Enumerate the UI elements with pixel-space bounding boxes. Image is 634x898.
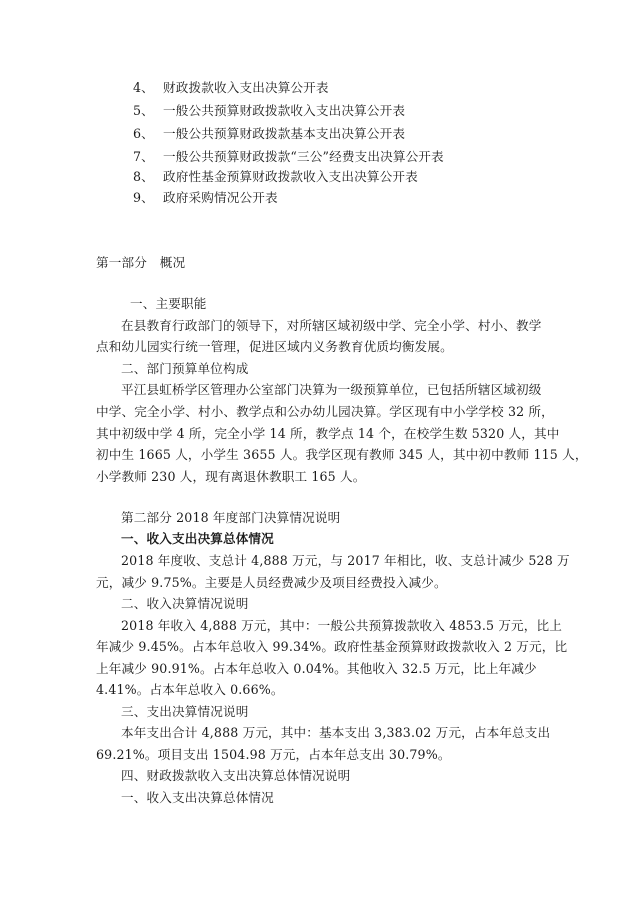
section-heading: 四、财政拨款收入支出决算总体情况说明 [121, 768, 350, 784]
toc-item-text[interactable]: 一般公共预算财政拨款“三公”经费支出决算公开表 [163, 149, 444, 165]
section-heading: 三、支出决算情况说明 [121, 704, 248, 720]
paragraph-line: 2018 年收入 4,888 万元，其中：一般公共预算拨款收入 4853.5 万… [121, 618, 562, 634]
toc-number: 5、 [133, 103, 154, 119]
toc-number: 8、 [133, 169, 154, 185]
toc-number: 9、 [133, 190, 154, 206]
section-heading-bold: 一、收入支出决算总体情况 [121, 531, 274, 547]
toc-number: 4、 [133, 80, 154, 96]
paragraph-line: 其中初级中学 4 所，完全小学 14 所，教学点 14 个，在校学生数 5320… [96, 426, 560, 442]
paragraph-line: 初中生 1665 人，小学生 3655 人。我学区现有教师 345 人，其中初中… [96, 447, 588, 463]
paragraph-line: 元，减少 9.75%。主要是人员经费减少及项目经费投入减少。 [96, 575, 447, 591]
toc-item-text[interactable]: 一般公共预算财政拨款基本支出决算公开表 [163, 126, 405, 142]
toc-number: 6、 [133, 126, 154, 142]
section-heading: 二、收入决算情况说明 [121, 596, 248, 612]
toc-item-text[interactable]: 财政拨款收入支出决算公开表 [163, 80, 329, 96]
section-heading: 一、主要职能 [130, 296, 206, 312]
toc-number: 7、 [133, 149, 154, 165]
paragraph-line: 2018 年度收、支总计 4,888 万元，与 2017 年相比，收、支总计减少… [121, 553, 570, 569]
section-heading: 二、部门预算单位构成 [121, 361, 248, 377]
section-heading: 一、收入支出决算总体情况 [121, 790, 274, 806]
paragraph-line: 点和幼儿园实行统一管理，促进区域内义务教育优质均衡发展。 [96, 339, 453, 355]
paragraph-line: 小学教师 230 人，现有离退休教职工 165 人。 [96, 469, 366, 485]
part1-title: 第一部分 概况 [96, 255, 185, 271]
toc-item-text[interactable]: 政府采购情况公开表 [163, 190, 278, 206]
part2-title: 第二部分 2018 年度部门决算情况说明 [121, 510, 340, 526]
toc-item-text[interactable]: 一般公共预算财政拨款收入支出决算公开表 [163, 103, 405, 119]
paragraph-line: 4.41%。占本年总收入 0.66%。 [96, 682, 284, 698]
paragraph-line: 在县教育行政部门的领导下，对所辖区域初级中学、完全小学、村小、教学 [121, 318, 542, 334]
paragraph-line: 上年减少 90.91%。占本年总收入 0.04%。其他收入 32.5 万元，比上… [96, 661, 537, 677]
paragraph-line: 年减少 9.45%。占本年总收入 99.34%。政府性基金预算财政拨款收入 2 … [96, 639, 567, 655]
paragraph-line: 中学、完全小学、村小、教学点和公办幼儿园决算。学区现有中小学学校 32 所， [96, 404, 554, 420]
paragraph-line: 本年支出合计 4,888 万元，其中：基本支出 3,383.02 万元，占本年总… [121, 725, 550, 741]
paragraph-line: 平江县虹桥学区管理办公室部门决算为一级预算单位，已包括所辖区域初级 [121, 382, 542, 398]
toc-item-text[interactable]: 政府性基金预算财政拨款收入支出决算公开表 [163, 169, 418, 185]
paragraph-line: 69.21%。项目支出 1504.98 万元，占本年总支出 30.79%。 [96, 747, 451, 763]
